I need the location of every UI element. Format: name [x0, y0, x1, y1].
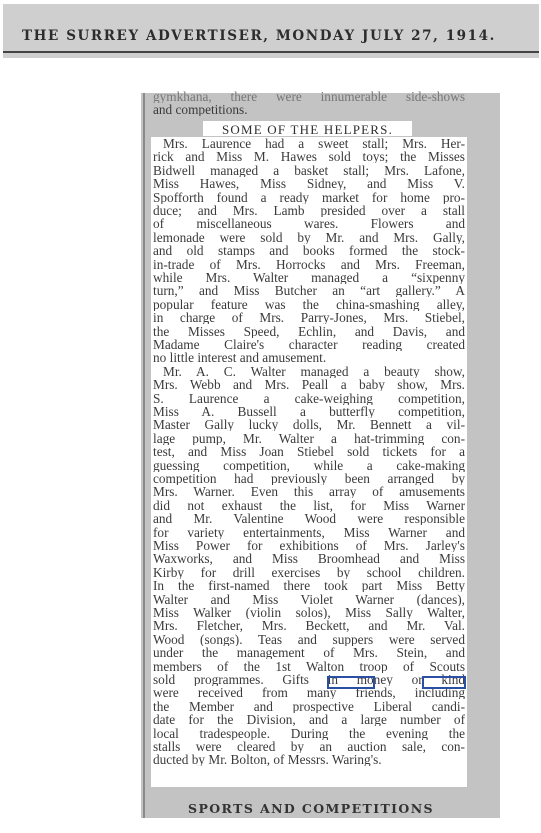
next-subheading: SPORTS AND COMPETITIONS: [181, 801, 441, 816]
article-line: Miss Power for exhibitions of Mrs. Jarle…: [153, 539, 465, 552]
article-line: popular feature was the china-smashing a…: [153, 298, 465, 311]
article-line: S. Laurence a cake-weighing competition,: [153, 392, 465, 405]
article-line: Bidwell managed a basket stall; Mrs. Laf…: [153, 164, 465, 177]
article-line: and old stamps and books formed the stoc…: [153, 244, 465, 257]
article-line: Mrs. Warner. Even this array of amusemen…: [153, 485, 465, 498]
article-line: lage pump, Mr. Walter a hat-trimming con…: [153, 432, 465, 445]
article-line: Mrs. Webb and Mrs. Peall a baby show, Mr…: [153, 378, 465, 391]
subheading: SOME OF THE HELPERS.: [203, 122, 412, 138]
tagged-word-scouts[interactable]: [422, 676, 466, 689]
article-line: did not exhaust the list, for Miss Warne…: [153, 499, 465, 512]
article-line: competition had previously been arranged…: [153, 472, 465, 485]
article-line: rick and Miss M. Hawes sold toys; the Mi…: [153, 150, 465, 163]
article-line: Miss Walker (violin solos), Miss Sally W…: [153, 606, 465, 619]
newspaper-masthead: THE SURREY ADVERTISER, MONDAY JULY 27, 1…: [3, 4, 539, 58]
article-clipping: gymkhana, there were innumerable side-sh…: [141, 93, 500, 818]
article-line: Mrs. Laurence had a sweet stall; Mrs. He…: [153, 137, 465, 150]
article-line: in-trade of Mrs. Horrocks and Mrs. Freem…: [153, 258, 465, 271]
article-line: Kirby for drill exercises by school chil…: [153, 566, 465, 579]
article-line: while Mrs. Walter managed a “sixpenny: [153, 271, 465, 284]
article-line: under the management of Mrs. Stein, and: [153, 646, 465, 659]
article-line: stalls were cleared by an auction sale, …: [153, 740, 465, 753]
masthead-rule: [3, 51, 539, 53]
article-line: were received from many friends, includi…: [153, 686, 465, 699]
article-line: of miscellaneous wares. Flowers and: [153, 217, 465, 230]
article-line: Wood (songs). Teas and suppers were serv…: [153, 633, 465, 646]
article-line: and Mr. Valentine Wood were responsible: [153, 512, 465, 525]
article-line: for variety entertainments, Miss Warner …: [153, 526, 465, 539]
article-line: Miss A. Bussell a butterfly competition,: [153, 405, 465, 418]
masthead-title: THE SURREY ADVERTISER, MONDAY JULY 27, 1…: [22, 28, 496, 44]
column-rule: [143, 93, 145, 818]
article-line: Master Gally lucky dolls, Mr. Bennett a …: [153, 418, 465, 431]
article-line: no little interest and amusement.: [153, 351, 465, 364]
lead-in-line: and competitions.: [153, 103, 465, 116]
tagged-word-walton[interactable]: [327, 676, 375, 689]
article-line: ducted by Mr. Bolton, of Messrs. Waring'…: [153, 753, 465, 766]
article-line: in charge of Mrs. Parry-Jones, Mrs. Stie…: [153, 311, 465, 324]
article-line: Madame Claire's character reading create…: [153, 338, 465, 351]
article-line: Mr. A. C. Walter managed a beauty show,: [153, 365, 465, 378]
article-line: Spofforth found a ready market for home …: [153, 191, 465, 204]
article-line: turn,” and Miss Butcher an “art gallery.…: [153, 284, 465, 297]
article-line: guessing competition, while a cake-makin…: [153, 459, 465, 472]
article-line: the Member and prospective Liberal candi…: [153, 700, 465, 713]
article-line: the Misses Speed, Echlin, and Davis, and: [153, 325, 465, 338]
article-line: Miss Hawes, Miss Sidney, and Miss V.: [153, 177, 465, 190]
article-line: date for the Division, and a large numbe…: [153, 713, 465, 726]
article-line: members of the 1st Walton troop of Scout…: [153, 660, 465, 673]
article-line: Walter and Miss Violet Warner (dances),: [153, 593, 465, 606]
article-line: local tradespeople. During the evening t…: [153, 727, 465, 740]
article-line: In the first-named there took part Miss …: [153, 579, 465, 592]
lead-in-line: gymkhana, there were innumerable side-sh…: [153, 90, 465, 103]
article-line: test, and Miss Joan Stiebel sold tickets…: [153, 445, 465, 458]
article-line: Mrs. Fletcher, Mrs. Beckett, and Mr. Val…: [153, 619, 465, 632]
article-line: Waxworks, and Miss Broomhead and Miss: [153, 552, 465, 565]
article-line: sold programmes. Gifts in money or kind: [153, 673, 465, 686]
article-line: lemonade were sold by Mr. and Mrs. Gally…: [153, 231, 465, 244]
article-line: duce; and Mrs. Lamb presided over a stal…: [153, 204, 465, 217]
